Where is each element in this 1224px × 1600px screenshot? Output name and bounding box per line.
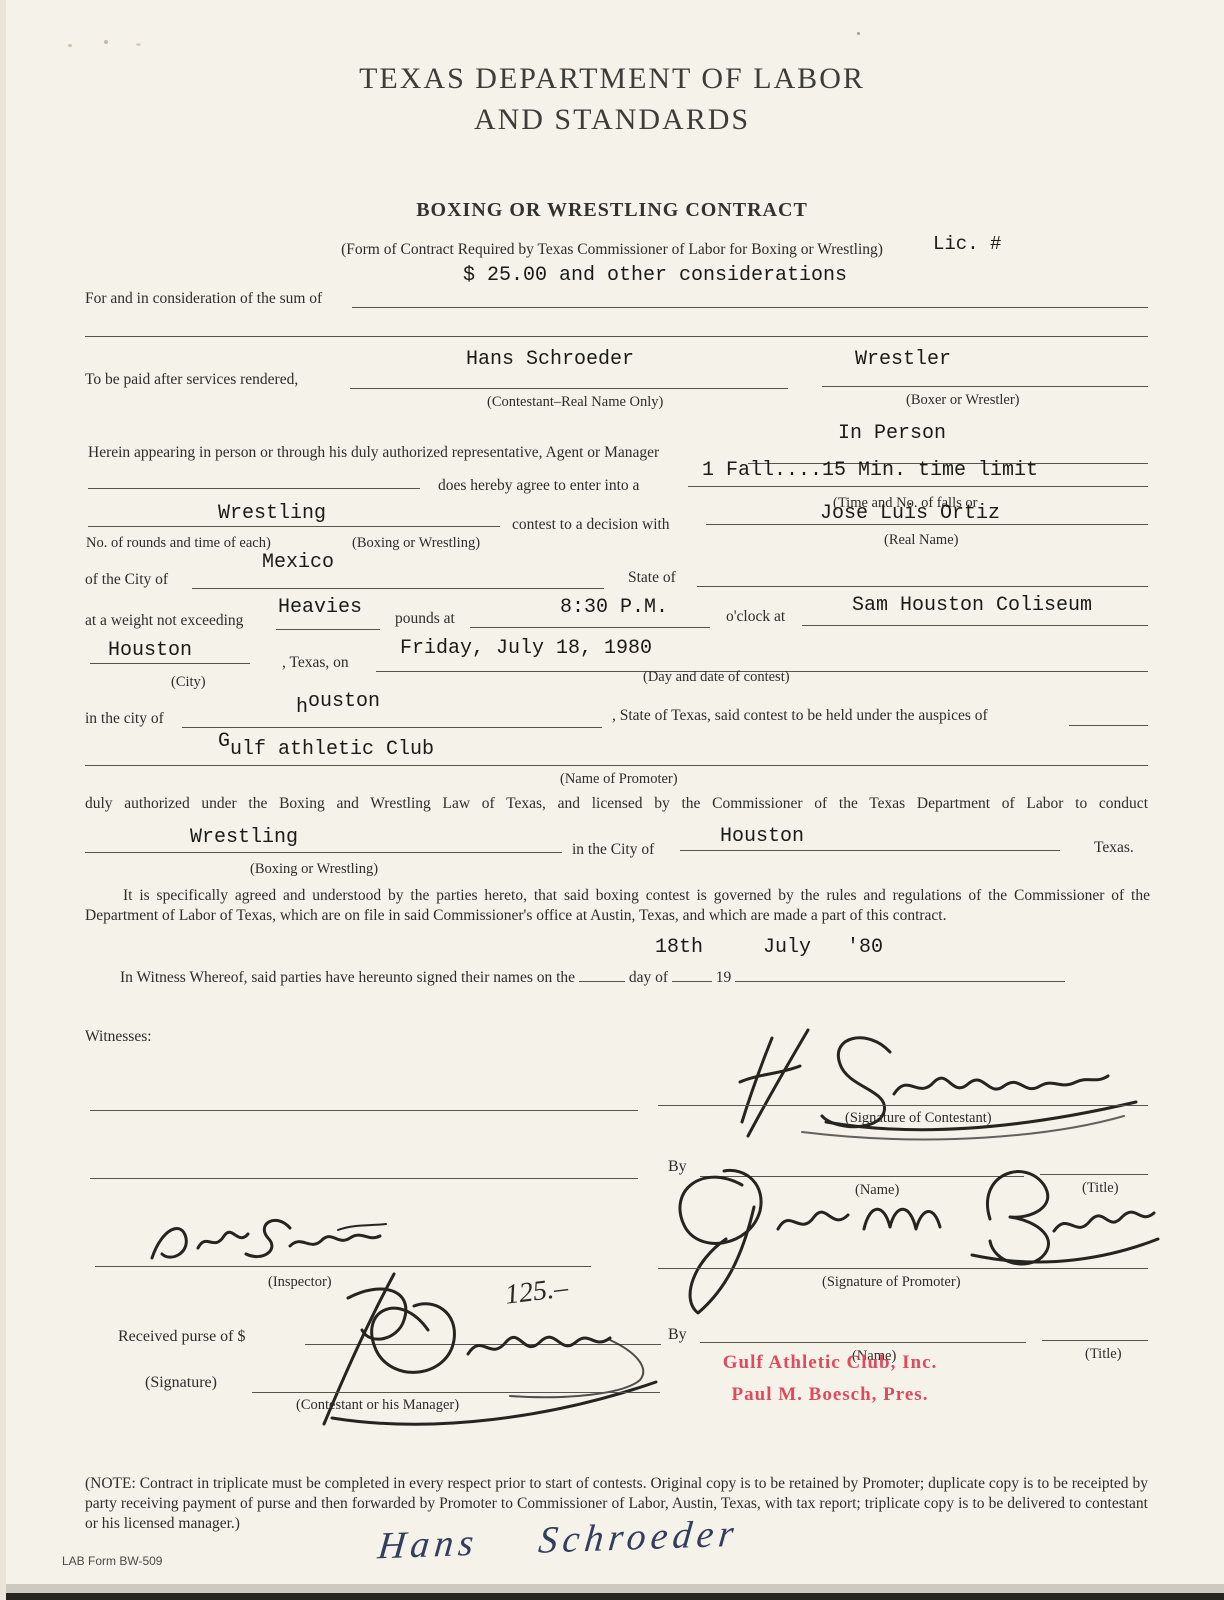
weight-label: at a weight not exceeding	[85, 612, 243, 630]
signature-of-contestant-label: (Signature of Contestant)	[845, 1110, 992, 1127]
origin-city-entry: Mexico	[262, 551, 334, 574]
licensed-contest-line	[85, 852, 562, 853]
start-time-entry: 8:30 P.M.	[560, 596, 668, 619]
enter-into-label: does hereby agree to enter into a	[438, 477, 639, 495]
representative-entry: In Person	[838, 422, 946, 445]
scan-edge-left	[0, 0, 6, 1600]
witness-line-2	[90, 1178, 638, 1179]
sum-entry: $ 25.00 and other considerations	[463, 264, 847, 287]
event-date-entry: Friday, July 18, 1980	[400, 637, 652, 660]
year-blank	[735, 966, 1065, 982]
licensed-contest-type-entry: Wrestling	[190, 826, 298, 849]
contestant-manager-label: (Contestant or his Manager)	[296, 1397, 459, 1414]
scan-edge-band-light	[0, 1584, 1224, 1593]
agency-name-line1: TEXAS DEPARTMENT OF LABOR	[0, 62, 1224, 96]
promoter-stamp-line1: Gulf Athletic Club, Inc.	[700, 1352, 960, 1374]
sum-continuation-line	[85, 336, 1148, 337]
weight-line	[276, 629, 380, 630]
contest-type-line	[88, 526, 500, 527]
witness-line-1	[90, 1110, 638, 1111]
state-line	[697, 586, 1148, 587]
license-number-label: Lic. #	[933, 233, 1001, 255]
opponent-name-entry: Jose Luis Ortiz	[820, 502, 1000, 525]
paid-after-label: To be paid after services rendered,	[85, 371, 298, 389]
day-date-label: (Day and date of contest)	[643, 669, 790, 686]
signing-date-entry: 18th July '80	[655, 936, 883, 959]
venue-entry: Sam Houston Coliseum	[852, 594, 1092, 617]
boxing-or-wrestling-label-2: (Boxing or Wrestling)	[250, 861, 378, 878]
scan-speck	[104, 40, 108, 44]
scan-speck	[857, 32, 860, 35]
of-city-label: of the City of	[85, 571, 168, 589]
promoter-signature-scrawl	[650, 1155, 1160, 1325]
day-of-label: day of	[629, 969, 668, 986]
origin-city-line	[192, 588, 604, 589]
scan-speck	[136, 43, 141, 46]
contract-city-entry: houston	[296, 690, 380, 713]
consideration-label: For and in consideration of the sum of	[85, 290, 322, 308]
match-terms-line	[688, 486, 1148, 487]
contest-type-entry: Wrestling	[218, 502, 326, 525]
real-name-label: (Real Name)	[884, 532, 958, 549]
event-city-line	[90, 663, 250, 664]
scan-speck	[179, 40, 183, 44]
contestant-name-line	[350, 388, 788, 389]
auspices-label: , State of Texas, said contest to be hel…	[612, 707, 988, 725]
event-city-entry: Houston	[108, 639, 192, 662]
time-line	[470, 627, 710, 628]
oclock-at-label: o'clock at	[726, 608, 785, 626]
received-purse-label: Received purse of $	[118, 1328, 246, 1346]
opponent-line	[706, 524, 1148, 525]
contestant-type-line	[822, 386, 1148, 387]
promoter-signature-line	[658, 1268, 1148, 1269]
name-line-2	[700, 1342, 1026, 1343]
inspector-signature-scrawl	[138, 1202, 408, 1268]
in-city-label: in the city of	[85, 710, 164, 728]
licensed-city-line	[680, 850, 1060, 851]
contract-scan-page: TEXAS DEPARTMENT OF LABOR AND STANDARDS …	[0, 0, 1224, 1600]
signature-of-promoter-label: (Signature of Promoter)	[822, 1274, 961, 1291]
sum-line	[352, 307, 1148, 308]
title-label-2: (Title)	[1085, 1346, 1122, 1363]
city-label: (City)	[171, 674, 206, 691]
agency-name-line2: AND STANDARDS	[0, 103, 1224, 137]
witnesses-label: Witnesses:	[85, 1028, 152, 1046]
auspices-line	[1069, 725, 1148, 726]
signature-line	[252, 1392, 660, 1393]
match-terms-entry: 1 Fall....15 Min. time limit	[702, 459, 1038, 482]
scan-edge-band-dark	[0, 1593, 1224, 1600]
boxer-or-wrestler-label: (Boxer or Wrestler)	[906, 392, 1020, 409]
form-number: LAB Form BW-509	[62, 1554, 162, 1568]
rounds-line	[88, 488, 420, 489]
promoter-stamp-line2: Paul M. Boesch, Pres.	[700, 1384, 960, 1406]
weight-class-entry: Heavies	[278, 596, 362, 619]
witness-sentence: In Witness Whereof, said parties have he…	[120, 966, 1065, 987]
signature-label: (Signature)	[145, 1374, 217, 1392]
boxing-or-wrestling-label: (Boxing or Wrestling)	[352, 535, 480, 552]
name-of-promoter-label: (Name of Promoter)	[560, 771, 678, 788]
in-city-of-label: in the City of	[572, 841, 654, 859]
herein-appearing-label: Herein appearing in person or through hi…	[88, 444, 659, 462]
licensed-city-entry: Houston	[720, 825, 804, 848]
rounds-time-label: No. of rounds and time of each)	[86, 535, 271, 552]
contestant-name-entry: Hans Schroeder	[466, 348, 634, 371]
authorization-paragraph: duly authorized under the Boxing and Wre…	[85, 794, 1148, 814]
scan-speck	[68, 44, 72, 47]
agreement-paragraph: It is specifically agreed and understood…	[85, 886, 1150, 926]
title-line-2	[1042, 1340, 1148, 1341]
pounds-at-label: pounds at	[395, 610, 455, 628]
contest-decision-label: contest to a decision with	[512, 516, 670, 534]
form-title: BOXING OR WRESTLING CONTRACT	[0, 199, 1224, 222]
promoter-name-entry: Gulf athletic Club	[218, 738, 434, 761]
promoter-name-line	[85, 765, 1148, 766]
texas-label: Texas.	[1094, 839, 1134, 857]
state-of-label: State of	[628, 569, 676, 587]
inspector-line	[95, 1266, 591, 1267]
form-subtitle: (Form of Contract Required by Texas Comm…	[0, 241, 1224, 259]
nineteen-label: 19	[716, 969, 732, 986]
contestant-signature-line	[658, 1105, 1148, 1106]
contract-city-line	[182, 727, 602, 728]
venue-line	[802, 625, 1148, 626]
day-blank	[579, 966, 625, 982]
month-blank	[672, 966, 712, 982]
witness-pre-label: In Witness Whereof, said parties have he…	[120, 969, 575, 986]
contestant-type-entry: Wrestler	[855, 348, 951, 371]
texas-on-label: , Texas, on	[282, 654, 349, 672]
promoter-stamp: Gulf Athletic Club, Inc. Paul M. Boesch,…	[700, 1352, 960, 1406]
contestant-real-name-label: (Contestant–Real Name Only)	[487, 394, 663, 411]
